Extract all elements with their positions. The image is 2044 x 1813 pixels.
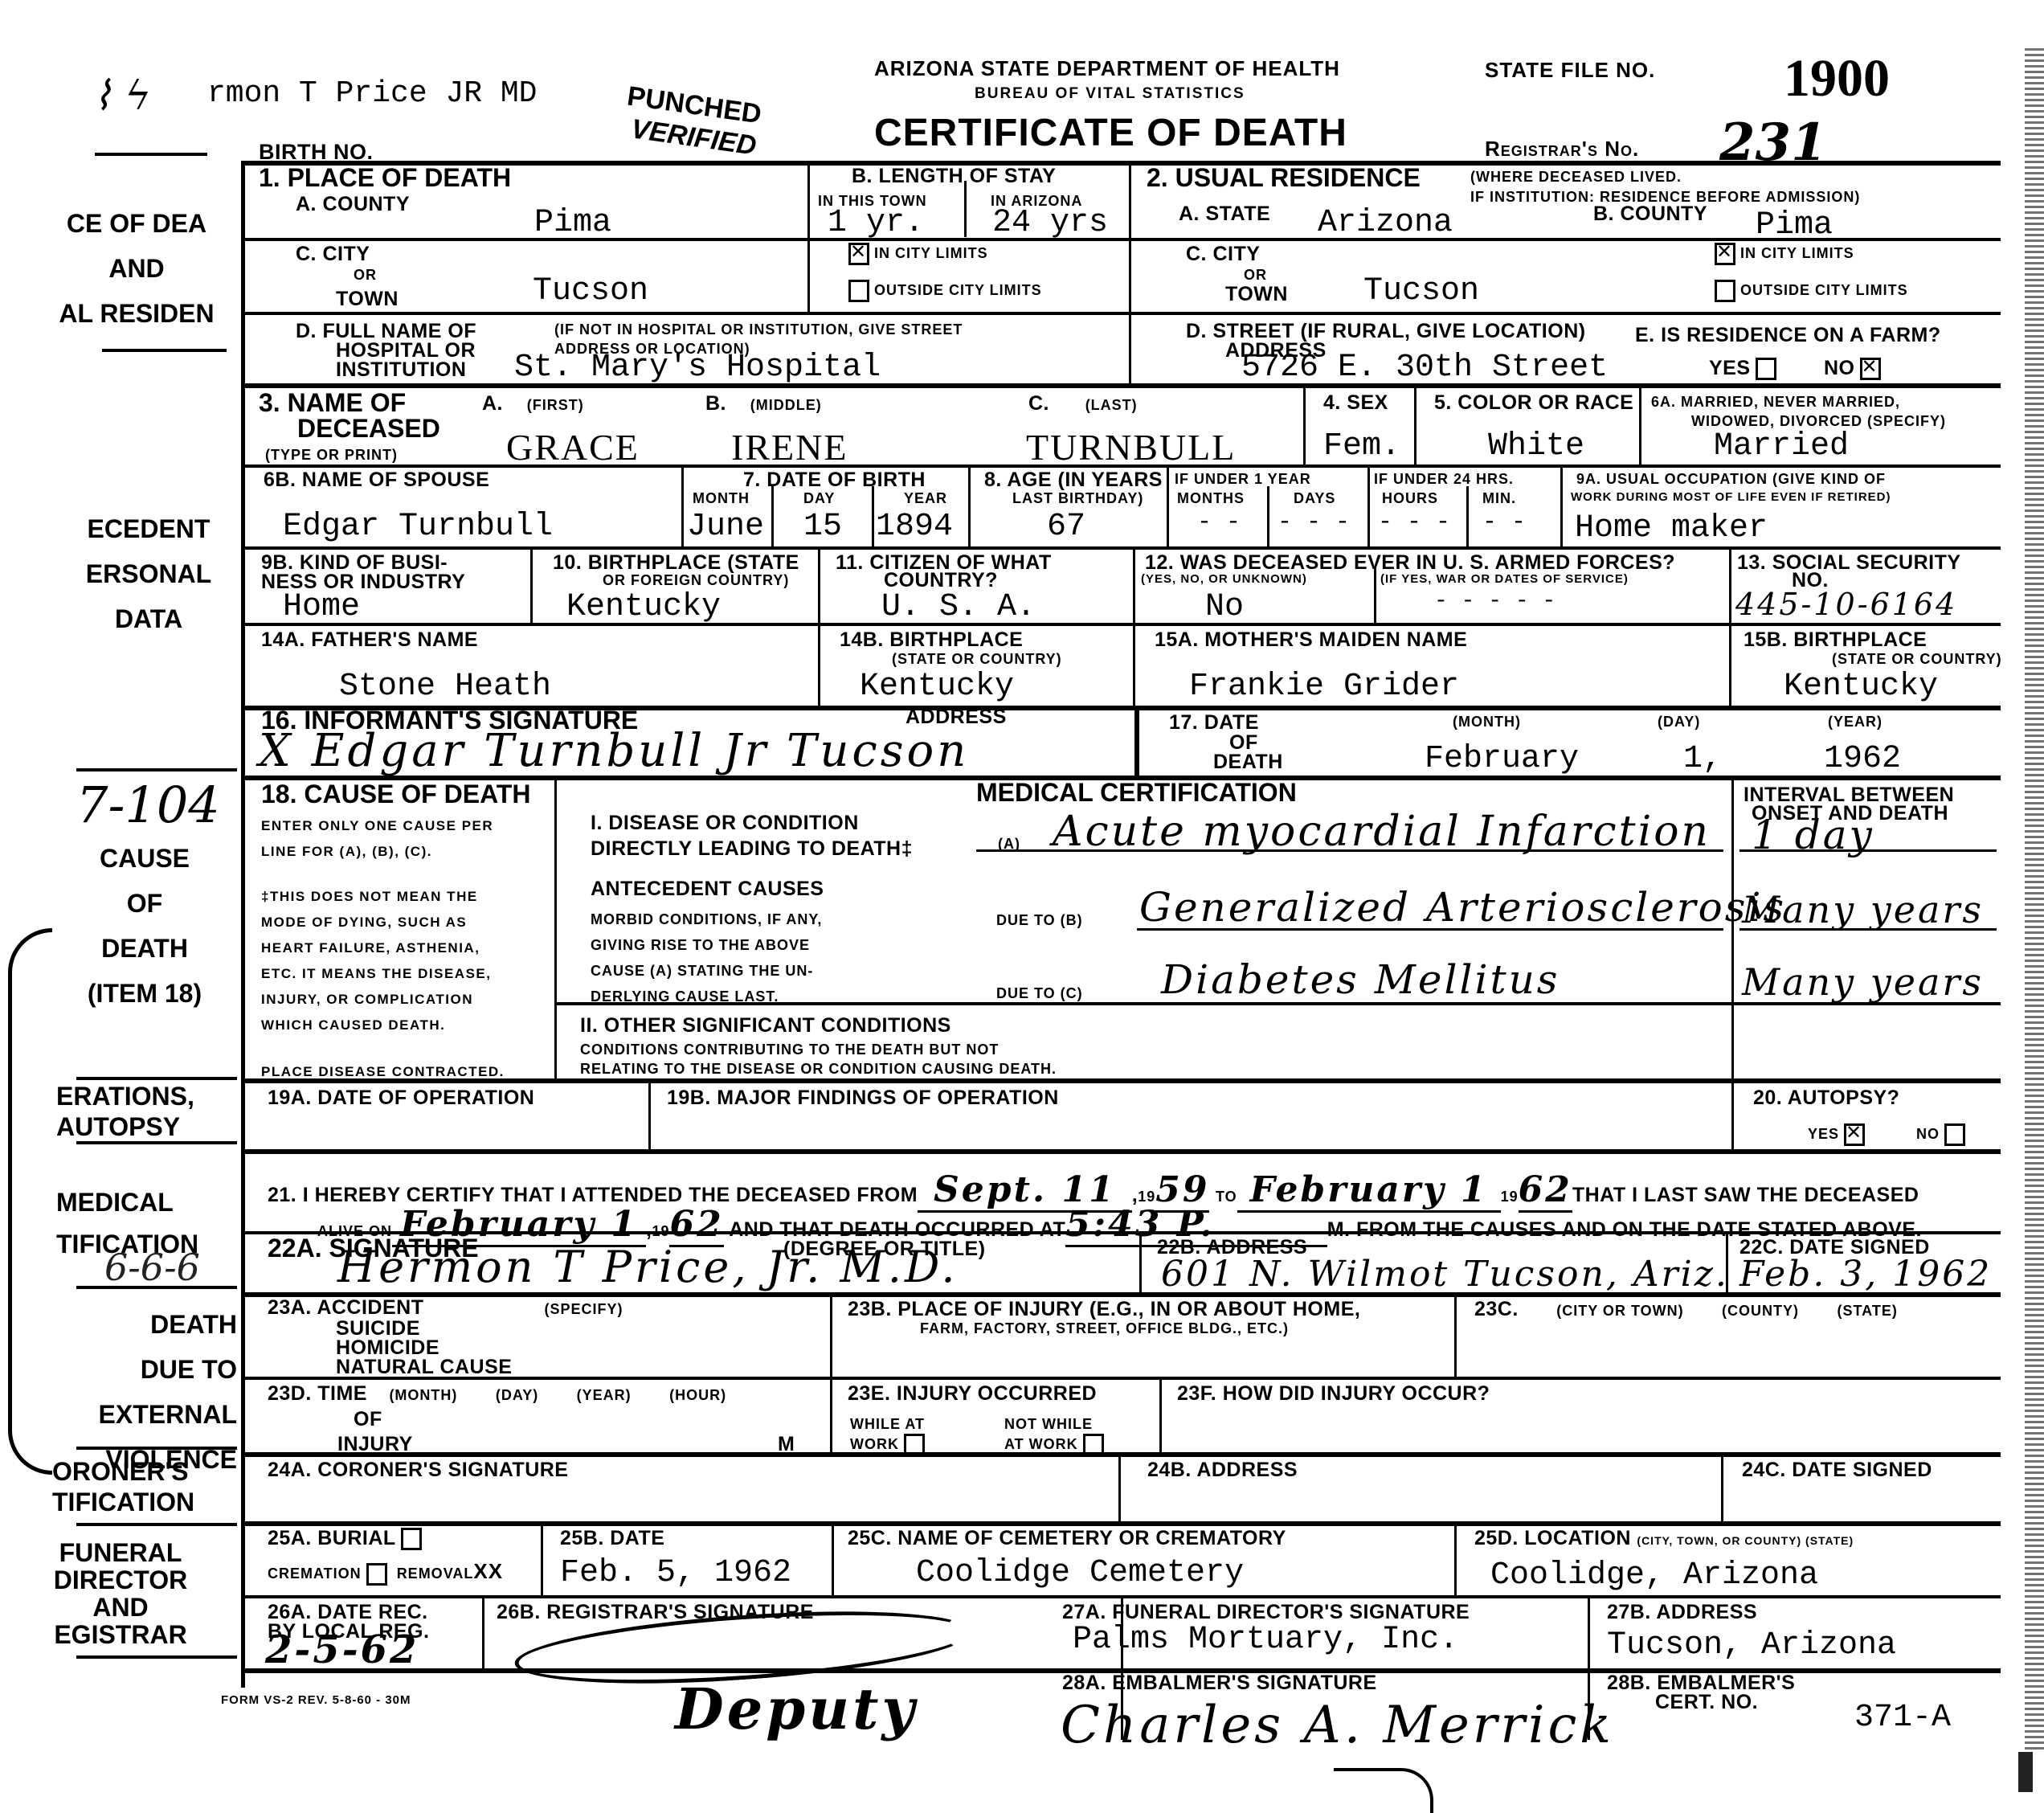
interval-c-value: Many years xyxy=(1742,960,1984,1004)
dob-label: 7. Date of Birth xyxy=(743,469,926,492)
row-line xyxy=(241,1149,2001,1154)
note-line: giving rise to the above xyxy=(591,932,822,958)
col-line xyxy=(541,1521,543,1595)
cemetery-location-value: Coolidge, Arizona xyxy=(1490,1557,1818,1594)
marital-value: Married xyxy=(1714,428,1849,465)
col-line xyxy=(1133,546,1135,623)
interval-b-value: Many years xyxy=(1742,888,1984,931)
mother-label: 15A. Mother's Maiden Name xyxy=(1155,628,1467,652)
embalmer-signature-label: 28A. Embalmer's Signature xyxy=(1062,1672,1377,1695)
col-line xyxy=(681,465,684,546)
injury-occurred-label: 23E. Injury Occurred xyxy=(848,1382,1097,1406)
name-label-3: (Type or Print) xyxy=(265,447,398,464)
pod-outside-city-limits[interactable]: Outside city limits xyxy=(844,280,1042,302)
injury-location-number: 23C. xyxy=(1474,1298,1519,1320)
res-state-value: Arizona xyxy=(1318,205,1453,241)
time-of-injury-label: 23D. Time (Month) (Day) (Year) (Hour) xyxy=(268,1382,726,1406)
funeral-director-address-label: 27B. Address xyxy=(1607,1601,1757,1624)
natural-cause-label: Natural Cause xyxy=(268,1357,623,1377)
cause-c-value: Diabetes Mellitus xyxy=(1161,956,1560,1003)
location-label: 25D. Location xyxy=(1474,1527,1631,1549)
not-at-work-checkbox[interactable] xyxy=(1083,1434,1104,1456)
side-divider xyxy=(76,1523,237,1526)
col-line xyxy=(818,623,820,706)
checkbox-label: At Work xyxy=(1004,1436,1078,1452)
typed-physician-name: rmon T Price JR MD xyxy=(207,76,537,111)
min-value: - - xyxy=(1482,509,1526,536)
to-label: to xyxy=(1216,1189,1237,1205)
time-label: 23D. Time xyxy=(268,1382,367,1405)
checkbox-label: In city limits xyxy=(874,245,988,261)
instruction-line: ‡This does not mean the xyxy=(261,884,491,910)
cause-b-value: Generalized Arteriosclerosis xyxy=(1139,884,1786,931)
side-label-line: EGISTRAR xyxy=(48,1621,193,1648)
instruction-line: which caused death. xyxy=(261,1013,491,1038)
autopsy-yes-checkbox[interactable] xyxy=(1844,1123,1865,1146)
in-town-value: 1 yr. xyxy=(828,205,924,241)
pod-in-city-checkbox[interactable] xyxy=(848,243,869,265)
col-line xyxy=(1118,1452,1121,1521)
how-injury-label: 23F. How did injury occur? xyxy=(1177,1382,1490,1406)
coroner-signature-label: 24A. Coroner's Signature xyxy=(268,1459,568,1482)
cause-c-label: Due to (C) xyxy=(996,985,1083,1002)
homicide-label: Homicide xyxy=(268,1338,623,1357)
farm-question: E. Is residence on a farm? xyxy=(1635,324,1941,347)
cause-a-value: Acute myocardial Infarction xyxy=(1053,808,1711,856)
col-line xyxy=(771,486,774,546)
race-value: White xyxy=(1488,428,1584,465)
checkbox-label: Removal xyxy=(397,1565,474,1582)
cemetery-location-label: 25D. Location (City, town, or county) (S… xyxy=(1474,1527,1854,1550)
mother-birthplace-label-2: (State or Country) xyxy=(1832,651,2002,668)
year-prefix: 19 xyxy=(1501,1189,1519,1205)
row-line xyxy=(241,312,2001,315)
pod-in-city-limits[interactable]: In city limits xyxy=(844,243,988,265)
funeral-director-signature-label: 27A. Funeral Director's Signature xyxy=(1062,1601,1470,1624)
pod-outside-city-checkbox[interactable] xyxy=(848,280,869,302)
part2-label: II. Other significant conditions xyxy=(580,1014,951,1037)
antecedent-label: Antecedent causes xyxy=(591,878,824,901)
part1-label-1: I. Disease or condition xyxy=(591,812,859,835)
side-label-line: CAUSE xyxy=(56,836,233,881)
mother-value: Frankie Grider xyxy=(1189,669,1459,705)
col-line xyxy=(1466,486,1469,546)
farm-no[interactable]: No xyxy=(1824,357,1886,380)
side-label-line: ECEDENT xyxy=(68,506,229,551)
side-label-line: AUTOPSY xyxy=(56,1111,217,1142)
removal-mark: XX xyxy=(473,1559,503,1583)
col-line xyxy=(964,181,967,237)
father-birthplace-label-2: (State or Country) xyxy=(892,651,1062,668)
year-prefix: 19 xyxy=(1138,1189,1155,1205)
birthplace-label-1: 10. Birthplace (State xyxy=(553,551,799,575)
death-certificate-page: rmon T Price JR MD ⌇ ϟ PUNCHED VERIFIED … xyxy=(0,0,2044,1813)
injury-label: Injury xyxy=(337,1433,413,1456)
farm-yes-checkbox[interactable] xyxy=(1756,358,1776,380)
col-line xyxy=(872,486,874,546)
marital-label-2: Widowed, Divorced (Specify) xyxy=(1691,413,1946,430)
burial-checkbox[interactable] xyxy=(401,1528,422,1550)
months-label: Months xyxy=(1177,490,1245,507)
state-file-label: STATE FILE NO. xyxy=(1485,58,1655,83)
dob-month-value: June xyxy=(687,509,764,545)
bureau-name: BUREAU OF VITAL STATISTICS xyxy=(975,85,1245,103)
armed-forces-value: No xyxy=(1205,589,1244,625)
physician-address-value: 601 N. Wilmot Tucson, Ariz. xyxy=(1161,1254,1729,1295)
cause-instructions-2: ‡This does not mean the mode of dying, s… xyxy=(261,884,491,1038)
side-label-line: DIRECTOR xyxy=(48,1566,193,1594)
col-line xyxy=(1454,1292,1457,1377)
state-file-number: 1900 xyxy=(1784,48,1890,109)
cause-b-label: Due to (B) xyxy=(996,912,1083,929)
col-line xyxy=(1159,1377,1162,1452)
department-name: ARIZONA STATE DEPARTMENT OF HEALTH xyxy=(874,56,1340,81)
checkbox-label: Work xyxy=(850,1436,899,1452)
father-label: 14A. Father's Name xyxy=(261,628,478,652)
occupation-label-1: 9A. Usual Occupation (give kind of xyxy=(1576,471,1886,488)
res-street-value: 5726 E. 30th Street xyxy=(1241,350,1608,386)
alive-on-year: 62 xyxy=(669,1204,723,1247)
scan-edge-mark xyxy=(2018,1752,2033,1792)
age-value: 67 xyxy=(1047,509,1085,545)
side-label-line: DEATH xyxy=(56,926,233,971)
middle-name-value: IRENE xyxy=(731,426,848,469)
dob-year-label: Year xyxy=(904,490,947,507)
under-1-year-label: If under 1 year xyxy=(1175,471,1311,488)
spouse-label: 6B. Name of Spouse xyxy=(264,469,489,492)
part1-label-2: directly leading to death‡ xyxy=(591,837,913,861)
time-m-label: M xyxy=(778,1433,795,1456)
col-line xyxy=(807,161,810,313)
injury-location-label: 23C. (City or Town) (County) (State) xyxy=(1474,1298,1898,1321)
pod-county-label: A. County xyxy=(296,193,410,216)
armed-service-value: - - - - - xyxy=(1434,589,1555,614)
instruction-line: etc. It means the disease, xyxy=(261,961,491,987)
funeral-director-value: Palms Mortuary, Inc. xyxy=(1073,1622,1458,1658)
cause-instructions-3: Place disease contracted. xyxy=(261,1059,505,1085)
side-label-line: CE OF DEA xyxy=(48,201,225,246)
place-of-injury-label-1: 23B. Place of Injury (e.g., in or about … xyxy=(848,1298,1360,1321)
part2-note-1: Conditions contributing to the death but… xyxy=(580,1042,999,1058)
pod-city-label: C. City xyxy=(296,243,370,266)
pod-county-value: Pima xyxy=(534,205,611,241)
farm-yes[interactable]: Yes xyxy=(1709,357,1781,380)
label-sub: (First) xyxy=(527,397,584,413)
cause-instructions-1: Enter only one cause per line for (A), (… xyxy=(261,813,493,865)
col-line xyxy=(1167,465,1169,546)
manner-options: 23A. Accident(Specify) Suicide Homicide … xyxy=(268,1298,623,1377)
label-sub: (Last) xyxy=(1085,397,1138,413)
side-label-personal: ECEDENT ERSONAL DATA xyxy=(68,506,229,641)
birthplace-value: Kentucky xyxy=(566,589,721,625)
checkbox-label: No xyxy=(1824,357,1855,379)
cause-a-label: (A) xyxy=(998,836,1020,853)
side-label-line: ERATIONS, xyxy=(56,1081,217,1111)
injury-county-label: (County) xyxy=(1722,1303,1799,1319)
coroner-address-label: 24B. Address xyxy=(1147,1459,1298,1482)
injury-state-label: (State) xyxy=(1838,1303,1898,1319)
document-title: CERTIFICATE OF DEATH xyxy=(874,111,1347,155)
form-number: FORM VS-2 REV. 5-8-60 - 30M xyxy=(221,1693,411,1707)
cemetery-label: 25C. Name of Cemetery or Crematory xyxy=(848,1527,1286,1550)
margin-handwritten-note: 6-6-6 xyxy=(104,1246,200,1289)
business-value: Home xyxy=(283,589,360,625)
checkbox-label: Yes xyxy=(1709,357,1751,379)
birthplace-label-2: or foreign country) xyxy=(603,572,789,589)
side-divider xyxy=(76,1077,237,1080)
certify-text: that I last saw the deceased xyxy=(1572,1184,1919,1206)
occupation-label-2: work during most of life even if retired… xyxy=(1571,490,1891,504)
col-line xyxy=(554,776,557,1078)
side-label-line: AND xyxy=(48,246,225,291)
certify-text: 21. I hereby certify that I attended the… xyxy=(268,1184,918,1206)
last-name-value: TURNBULL xyxy=(1026,426,1236,469)
specify-label: (Specify) xyxy=(545,1301,623,1317)
side-label-cause: CAUSE OF DEATH (ITEM 18) xyxy=(56,836,233,1016)
res-outside-city-limits[interactable]: Outside city limits xyxy=(1710,280,1908,302)
embalmer-cert-label-2: Cert. No. xyxy=(1655,1691,1758,1714)
side-divider xyxy=(76,1655,237,1659)
margin-handwritten-note: 7-104 xyxy=(76,776,220,834)
instruction-line: mode of dying, such as xyxy=(261,910,491,935)
margin-bracket xyxy=(8,928,52,1475)
row-line xyxy=(241,546,2001,550)
col-line xyxy=(832,1521,834,1595)
res-county-value: Pima xyxy=(1756,207,1833,244)
hospital-note-1: (If not in hospital or institution, give… xyxy=(554,321,963,338)
col-line xyxy=(1560,465,1563,546)
burial-date-label: 25B. Date xyxy=(560,1527,664,1550)
col-line xyxy=(1129,161,1131,386)
sex-value: Fem. xyxy=(1323,428,1400,465)
interval-a-value: 1 day xyxy=(1752,812,1874,858)
side-label-line: (ITEM 18) xyxy=(56,971,233,1016)
certify-line-2: alive onFebruary 1,1962 and that death o… xyxy=(317,1204,1922,1245)
row-line xyxy=(241,383,2001,388)
res-city-label: C. City xyxy=(1186,243,1260,266)
days-value: - - - xyxy=(1277,509,1350,536)
time-of-label: of xyxy=(354,1408,382,1431)
scan-corner-artifact xyxy=(1334,1768,1433,1813)
marital-label-1: 6A. Married, Never Married, xyxy=(1651,394,1900,411)
farm-no-checkbox[interactable] xyxy=(1860,358,1881,380)
age-label-2: last birthday) xyxy=(1012,490,1143,507)
father-birthplace-value: Kentucky xyxy=(860,669,1014,705)
middle-name-label: B. (Middle) xyxy=(705,392,822,415)
usual-residence-label: 2. Usual Residence xyxy=(1147,163,1421,193)
col-line xyxy=(1374,567,1376,623)
father-value: Stone Heath xyxy=(339,669,551,705)
armed-sub-2: (If yes, war or dates of service) xyxy=(1380,572,1629,586)
col-line xyxy=(1134,707,1139,776)
checkbox-label: No xyxy=(1916,1126,1940,1142)
place-of-injury-label-2: farm, factory, street, office bldg., etc… xyxy=(920,1320,1289,1337)
operation-date-label: 19A. Date of Operation xyxy=(268,1087,534,1110)
days-label: Days xyxy=(1294,490,1335,507)
year-prefix: 19 xyxy=(652,1223,669,1239)
length-of-stay-label: B. Length of Stay xyxy=(852,165,1056,188)
time-month-label: (Month) xyxy=(389,1387,457,1403)
age-label-1: 8. Age (in years xyxy=(984,469,1163,492)
dod-year-label: (Year) xyxy=(1828,714,1883,731)
father-birthplace-label-1: 14B. Birthplace xyxy=(840,628,1023,652)
citizen-value: U. S. A. xyxy=(881,589,1036,625)
funeral-director-address-value: Tucson, Arizona xyxy=(1607,1627,1896,1664)
place-of-death-label: 1. Place of Death xyxy=(259,163,511,193)
instruction-line: line for (A), (B), (C). xyxy=(261,839,493,865)
autopsy-yes[interactable]: Yes xyxy=(1808,1123,1870,1146)
label-letter: A. xyxy=(482,392,503,415)
autopsy-no-checkbox[interactable] xyxy=(1944,1123,1965,1146)
note-line: Morbid conditions, if any, xyxy=(591,906,822,932)
col-line xyxy=(1729,623,1731,706)
medical-certification-label: Medical Certification xyxy=(976,778,1297,808)
part2-note-2: relating to the disease or condition cau… xyxy=(580,1061,1057,1078)
row-line xyxy=(241,1078,2001,1083)
form-left-border xyxy=(241,161,245,1688)
time-day-label: (Day) xyxy=(496,1387,538,1403)
pod-city-value: Tucson xyxy=(533,273,648,309)
res-county-label: B. County xyxy=(1593,203,1707,226)
res-state-label: A. State xyxy=(1179,203,1270,226)
cremation-checkbox[interactable] xyxy=(366,1563,387,1586)
col-line xyxy=(1133,623,1135,706)
col-line xyxy=(648,1078,651,1149)
injury-city-label: (City or Town) xyxy=(1556,1303,1683,1319)
name-label-2: Deceased xyxy=(297,414,440,444)
at-work-checkbox[interactable] xyxy=(904,1434,925,1456)
mother-birthplace-value: Kentucky xyxy=(1784,669,1938,705)
residence-note-1: (Where deceased lived. xyxy=(1470,169,1682,186)
armed-sub-1: (Yes, no, or unknown) xyxy=(1141,572,1307,586)
occupation-value: Home maker xyxy=(1575,510,1768,546)
mother-birthplace-label-1: 15B. Birthplace xyxy=(1744,628,1927,652)
res-in-city-checkbox[interactable] xyxy=(1715,243,1735,265)
col-line xyxy=(818,546,820,623)
first-name-value: GRACE xyxy=(506,426,640,469)
checkbox-label: Outside city limits xyxy=(874,282,1042,298)
instruction-line: heart failure, asthenia, xyxy=(261,935,491,961)
side-label-line: AND xyxy=(48,1594,193,1621)
hours-label: Hours xyxy=(1382,490,1438,507)
row-line xyxy=(241,623,2001,626)
pod-city-or: or xyxy=(354,267,377,284)
side-label-operations: ERATIONS, AUTOPSY xyxy=(56,1081,217,1142)
ssn-value: 445-10-6164 xyxy=(1735,587,1957,622)
col-line xyxy=(1303,384,1306,465)
spouse-value: Edgar Turnbull xyxy=(283,509,553,545)
side-label-line: DATA xyxy=(68,596,229,641)
location-sub: (City, town, or county) (State) xyxy=(1637,1534,1854,1547)
label-sub: (Middle) xyxy=(750,397,822,413)
date-signed-value: Feb. 3, 1962 xyxy=(1739,1254,1992,1295)
operation-findings-label: 19B. Major Findings of Operation xyxy=(667,1087,1059,1110)
scan-edge-artifact xyxy=(2025,48,2044,1752)
checkbox-label: Cremation xyxy=(268,1565,362,1582)
hours-value: - - - xyxy=(1378,509,1450,536)
hospital-value: St. Mary's Hospital xyxy=(514,350,881,386)
cemetery-value: Coolidge Cemetery xyxy=(916,1555,1244,1591)
side-label-line: AL RESIDEN xyxy=(48,291,225,336)
checkbox-label: Not While xyxy=(1004,1414,1109,1434)
res-city-value: Tucson xyxy=(1363,273,1479,309)
row-line xyxy=(241,1292,2001,1297)
side-label-line: TIFICATION xyxy=(52,1487,229,1517)
label-letter: B. xyxy=(705,392,726,415)
col-line xyxy=(968,465,971,546)
burial-option[interactable]: 25A. Burial xyxy=(268,1527,427,1550)
autopsy-label: 20. Autopsy? xyxy=(1753,1087,1899,1110)
months-value: - - xyxy=(1197,509,1241,536)
col-line xyxy=(530,546,533,623)
side-label-coroner: ORONER'S TIFICATION xyxy=(52,1456,229,1517)
first-name-label: A. (First) xyxy=(482,392,584,415)
col-line xyxy=(1267,486,1269,546)
registrar-label: Registrar's No. xyxy=(1485,137,1639,162)
date-of-death-label-3: Death xyxy=(1213,751,1283,774)
ssn-label-1: 13. Social Security xyxy=(1737,551,1961,575)
hospital-label-3: Institution xyxy=(336,358,466,382)
checkbox-label: In city limits xyxy=(1740,245,1854,261)
side-label-line: OF xyxy=(56,881,233,926)
side-label-line: DEATH xyxy=(80,1302,237,1347)
side-label-line: FUNERAL xyxy=(48,1539,193,1566)
informant-signature: X Edgar Turnbull Jr Tucson xyxy=(259,725,969,777)
cremation-removal-options[interactable]: Cremation RemovalXX xyxy=(268,1559,503,1586)
side-label-line: ORONER'S xyxy=(52,1456,229,1487)
burial-date-value: Feb. 5, 1962 xyxy=(560,1555,791,1591)
row-line xyxy=(241,1521,2001,1526)
checkbox-label: 25A. Burial xyxy=(268,1527,396,1549)
race-label: 5. Color or Race xyxy=(1434,391,1633,415)
side-label-funeral: FUNERAL DIRECTOR AND EGISTRAR xyxy=(48,1539,193,1648)
accident-label: 23A. Accident xyxy=(268,1296,424,1319)
time-hour-label: (Hour) xyxy=(669,1387,726,1403)
autopsy-no[interactable]: No xyxy=(1916,1123,1970,1146)
coroner-date-label: 24C. Date Signed xyxy=(1742,1459,1932,1482)
dod-day-label: (Day) xyxy=(1658,714,1700,731)
dod-year-value: 1962 xyxy=(1824,741,1901,777)
note-line: derlying cause last. xyxy=(591,984,822,1009)
note-line: cause (A) stating the un- xyxy=(591,958,822,984)
registrar-signature: Deputy xyxy=(675,1676,918,1742)
while-at-work[interactable]: While at Work xyxy=(850,1414,930,1456)
res-in-city-limits[interactable]: In city limits xyxy=(1710,243,1854,265)
side-divider xyxy=(102,349,227,352)
not-at-work[interactable]: Not While At Work xyxy=(1004,1414,1109,1456)
armed-forces-label: 12. Was Deceased Ever in U. S. Armed For… xyxy=(1145,551,1675,575)
checkbox-label: Yes xyxy=(1808,1126,1839,1142)
dod-month-value: February xyxy=(1425,741,1579,777)
row-line xyxy=(241,1452,2001,1457)
col-line xyxy=(1731,1078,1734,1149)
dob-day-value: 15 xyxy=(803,509,842,545)
res-outside-city-checkbox[interactable] xyxy=(1715,280,1735,302)
label-letter: C. xyxy=(1028,392,1049,415)
last-name-label: C. (Last) xyxy=(1028,392,1138,415)
instruction-line: Enter only one cause per xyxy=(261,813,493,839)
res-city-or: or xyxy=(1244,267,1267,284)
col-line xyxy=(1414,384,1416,465)
dod-day-value: 1, xyxy=(1683,741,1722,777)
col-line xyxy=(1639,384,1641,465)
dob-year-value: 1894 xyxy=(876,509,953,545)
col-line xyxy=(1454,1521,1457,1595)
time-year-label: (Year) xyxy=(577,1387,632,1403)
pod-town-label: Town xyxy=(336,288,399,311)
side-label-line: ERSONAL xyxy=(68,551,229,596)
cause-of-death-label: 18. Cause of Death xyxy=(261,780,530,809)
